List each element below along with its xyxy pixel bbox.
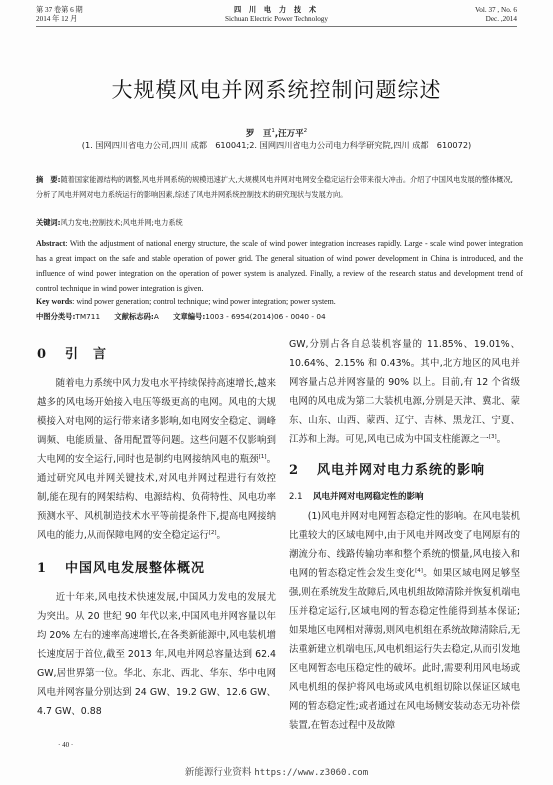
journal-name-cn: 四 川 电 力 技 术	[36, 6, 517, 15]
section-2-number: 2	[289, 461, 317, 480]
intro-text-a: 随着电力系统中风力发电水平持续保持高速增长,越来越多的风电场开始接入电压等级更高…	[37, 378, 276, 465]
keywords-cn: 关键词:风力发电;控制技术;风电并网;电力系统	[36, 218, 517, 228]
intro-text-b: 。通过研究风电并网关键技术,对风电并网过程进行有效控制,能在现有的网架结构、电源…	[37, 454, 276, 541]
abstract-cn-label: 摘 要:	[36, 175, 60, 184]
section-1-heading: 1中国风电发展整体概况	[37, 559, 276, 578]
keywords-en: Key words: wind power generation; contro…	[36, 297, 517, 306]
keywords-cn-label: 关键词:	[36, 218, 60, 227]
doc-code-value: A	[154, 312, 159, 321]
author-2: 汪万平	[278, 129, 304, 139]
volume-en: Vol. 37 , No. 6	[475, 6, 517, 15]
article-no-label: 文章编号:	[173, 312, 205, 321]
overview-text-b: 。	[497, 434, 506, 445]
subsection-2-1-heading: 2.1风电并网对电网稳定性的影响	[289, 488, 520, 507]
doc-code-label: 文献标志码:	[114, 312, 153, 321]
keywords-en-label: Key words	[36, 297, 72, 306]
overview-text-a: GW,分别占各自总装机容量的 11.85%、19.01%、10.64%、2.15…	[289, 339, 520, 445]
paper-page: 第 37 卷第 6 期 2014 年 12 月 四 川 电 力 技 术 Sich…	[0, 0, 553, 785]
subsection-2-1-number: 2.1	[289, 488, 313, 507]
header-divider	[36, 26, 517, 27]
affiliation-line: (1. 国网四川省电力公司,四川 成都 610041;2. 国网四川省电力公司电…	[0, 140, 553, 151]
clc-label: 中图分类号:	[36, 312, 75, 321]
stability-text-b: 。如果区域电网足够坚强,则在系统发生故障后,风电机组故障清除并恢复机端电压并稳定…	[289, 568, 520, 731]
section-1-title: 中国风电发展整体概况	[65, 561, 205, 576]
section-1-number: 1	[37, 559, 65, 578]
abstract-en-label: Abstract	[36, 239, 65, 248]
watermark-text: 新能源行业资料	[185, 767, 255, 778]
section-0-heading: 0引 言	[37, 345, 276, 364]
abstract-cn: 摘 要:随着国家能源结构的调整,风电并网系统的规模迅速扩大,大规模风电并网对电网…	[36, 172, 517, 202]
keywords-en-text: : wind power generation; control techniq…	[72, 297, 336, 306]
watermark: 新能源行业资料 https://www.z3060.com	[0, 764, 553, 778]
keywords-cn-text: 风力发电;控制技术;风电并网;电力系统	[60, 218, 182, 227]
subsection-2-1-title: 风电并网对电网稳定性的影响	[313, 492, 424, 502]
intro-text-c: 。	[217, 530, 226, 541]
overview-paragraph-continued: GW,分别占各自总装机容量的 11.85%、19.01%、10.64%、2.15…	[289, 335, 520, 449]
article-no-value: 1003 - 6954(2014)06 - 0040 - 04	[205, 312, 325, 321]
overview-paragraph-1: 近十年来,风电技术快速发展,中国风力发电的发展尤为突出。从 20 世纪 90 年…	[37, 588, 276, 721]
intro-paragraph: 随着电力系统中风力发电水平持续保持高速增长,越来越多的风电场开始接入电压等级更高…	[37, 374, 276, 545]
header-center: 四 川 电 力 技 术 Sichuan Electric Power Techn…	[36, 6, 517, 23]
running-header: 第 37 卷第 6 期 2014 年 12 月 四 川 电 力 技 术 Sich…	[36, 6, 517, 28]
author-line: 罗 亘1,汪万平2	[0, 127, 553, 139]
right-column: GW,分别占各自总装机容量的 11.85%、19.01%、10.64%、2.15…	[289, 335, 520, 735]
date-en: Dec. ,2014	[475, 15, 517, 24]
journal-name-en: Sichuan Electric Power Technology	[36, 15, 517, 24]
abstract-en: Abstract: With the adjustment of nationa…	[36, 236, 523, 296]
page-number: · 40 ·	[58, 741, 73, 749]
left-column: 0引 言 随着电力系统中风力发电水平持续保持高速增长,越来越多的风电场开始接入电…	[37, 335, 276, 721]
author-2-affil-mark: 2	[304, 128, 308, 134]
author-1: 罗 亘	[246, 129, 272, 139]
paper-title: 大规模风电并网系统控制问题综述	[0, 74, 553, 104]
header-right: Vol. 37 , No. 6 Dec. ,2014	[475, 6, 517, 23]
section-2-heading: 2风电并网对电力系统的影响	[289, 461, 520, 480]
watermark-link[interactable]: https://www.z3060.com	[254, 768, 368, 778]
stability-paragraph: (1)风电并网对电网暂态稳定性的影响。在风电装机比重较大的区域电网中,由于风电并…	[289, 507, 520, 735]
section-0-number: 0	[37, 345, 65, 364]
clc-value: TM711	[75, 312, 100, 321]
section-2-title: 风电并网对电力系统的影响	[317, 463, 485, 478]
citation-3: [3]	[489, 434, 497, 440]
abstract-cn-text: 随着国家能源结构的调整,风电并网系统的规模迅速扩大,大规模风电并网对电网安全稳定…	[36, 175, 513, 199]
section-0-title: 引 言	[65, 347, 107, 362]
classification-info: 中图分类号:TM711 文献标志码:A 文章编号:1003 - 6954(201…	[36, 312, 517, 322]
citation-4: [4]	[415, 568, 423, 574]
citation-2: [2]	[209, 530, 217, 536]
abstract-en-text: : With the adjustment of national energy…	[36, 239, 523, 293]
